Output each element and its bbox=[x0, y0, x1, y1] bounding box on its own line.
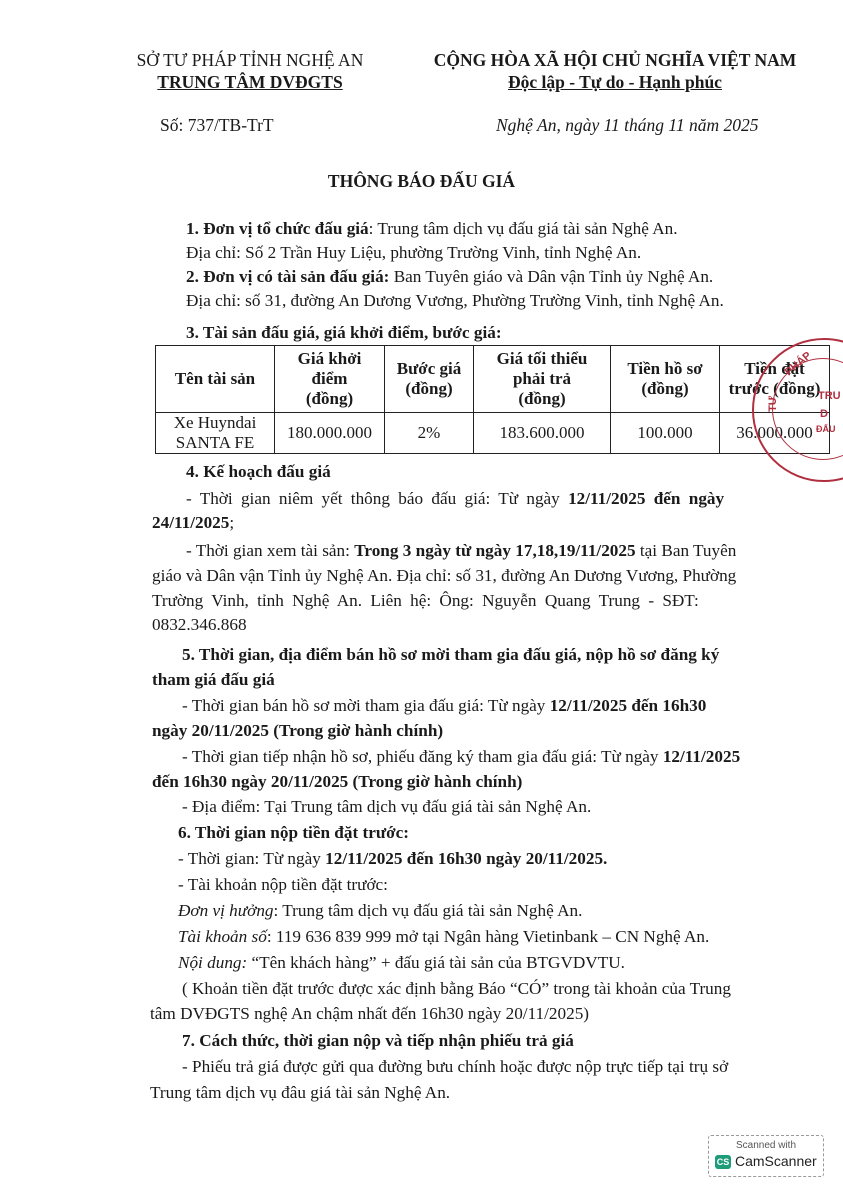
section-7-label: 7. Cách thức, thời gian nộp và tiếp nhận… bbox=[182, 1030, 574, 1051]
section-1-address: Địa chỉ: Số 2 Trần Huy Liệu, phường Trườ… bbox=[186, 242, 641, 263]
section-4-viewing: - Thời gian xem tài sản: Trong 3 ngày từ… bbox=[186, 540, 736, 561]
watermark-caption: Scanned with bbox=[709, 1140, 823, 1151]
watermark-brand: CamScanner bbox=[735, 1153, 817, 1169]
stamp-text-right1: TRU bbox=[818, 390, 841, 402]
section-1-value: : Trung tâm dịch vụ đấu giá tài sản Nghệ… bbox=[369, 219, 678, 238]
stamp-text-right2: D bbox=[820, 408, 828, 420]
section-6-label: 6. Thời gian nộp tiền đặt trước: bbox=[178, 822, 409, 843]
section-4-posting: - Thời gian niêm yết thông báo đấu giá: … bbox=[186, 488, 724, 509]
doc-number: Số: 737/TB-TrT bbox=[160, 115, 274, 136]
col-minimum-price: Giá tối thiểuphải trả(đồng) bbox=[474, 346, 611, 413]
stamp-text-left: TƯ bbox=[767, 396, 779, 412]
section-6-content: Nội dung: “Tên khách hàng” + đấu giá tài… bbox=[178, 952, 625, 973]
col-bid-step: Bước giá(đồng) bbox=[385, 346, 474, 413]
camscanner-logo-icon: CS bbox=[715, 1155, 731, 1169]
section-1-label: 1. Đơn vị tổ chức đấu giá bbox=[186, 219, 369, 238]
section-5-label: 5. Thời gian, địa điểm bán hồ sơ mời tha… bbox=[182, 644, 719, 665]
asset-table: Tên tài sản Giá khởiđiểm(đồng) Bước giá(… bbox=[155, 345, 830, 454]
section-5-receive-line2: đến 16h30 ngày 20/11/2025 (Trong giờ hàn… bbox=[152, 771, 522, 792]
section-5-label-line2: tham giá đấu giá bbox=[152, 669, 275, 690]
stamp-text-right3: ĐẤU bbox=[816, 424, 836, 434]
section-2-label: 2. Đơn vị có tài sản đấu giá: bbox=[186, 267, 389, 286]
col-starting-price: Giá khởiđiểm(đồng) bbox=[275, 346, 385, 413]
section-4-phone: 0832.346.868 bbox=[152, 614, 247, 635]
col-asset-name: Tên tài sản bbox=[156, 346, 275, 413]
table-header-row: Tên tài sản Giá khởiđiểm(đồng) Bước giá(… bbox=[156, 346, 830, 413]
section-5-location: - Địa điểm: Tại Trung tâm dịch vụ đấu gi… bbox=[182, 796, 591, 817]
col-dossier-fee: Tiền hồ sơ(đồng) bbox=[611, 346, 720, 413]
section-3-label: 3. Tài sản đấu giá, giá khởi điểm, bước … bbox=[186, 322, 502, 343]
cell-bid-step: 2% bbox=[385, 413, 474, 454]
camscanner-watermark: Scanned with CS CamScanner bbox=[708, 1135, 824, 1177]
country-name: CỘNG HÒA XÃ HỘI CHỦ NGHĨA VIỆT NAM bbox=[395, 50, 835, 71]
section-6-beneficiary: Đơn vị hưởng: Trung tâm dịch vụ đấu giá … bbox=[178, 900, 582, 921]
cell-deposit: 36.000.000 bbox=[720, 413, 830, 454]
section-6-account-number: Tài khoản số: 119 636 839 999 mở tại Ngâ… bbox=[178, 926, 709, 947]
section-2-address: Địa chỉ: số 31, đường An Dương Vương, Ph… bbox=[186, 290, 724, 311]
section-5-receive: - Thời gian tiếp nhận hồ sơ, phiếu đăng … bbox=[182, 746, 740, 767]
org-name: TRUNG TÂM DVĐGTS bbox=[120, 72, 380, 93]
org-name-text: TRUNG TÂM DVĐGTS bbox=[157, 72, 342, 92]
section-4-label: 4. Kế hoạch đấu giá bbox=[186, 461, 331, 482]
org-parent: SỞ TƯ PHÁP TỈNH NGHỆ AN bbox=[120, 50, 380, 71]
motto-text: Độc lập - Tự do - Hạnh phúc bbox=[508, 72, 722, 92]
section-6-time: - Thời gian: Từ ngày 12/11/2025 đến 16h3… bbox=[178, 848, 607, 869]
section-4-posting-end: 24/11/2025; bbox=[152, 512, 234, 533]
cell-minimum-price: 183.600.000 bbox=[474, 413, 611, 454]
section-2: 2. Đơn vị có tài sản đấu giá: Ban Tuyên … bbox=[186, 266, 713, 287]
section-7-line1: - Phiếu trả giá được gửi qua đường bưu c… bbox=[182, 1056, 728, 1077]
section-4-viewing-line3: Trường Vinh, tỉnh Nghệ An. Liên hệ: Ông:… bbox=[152, 590, 699, 611]
cell-dossier-fee: 100.000 bbox=[611, 413, 720, 454]
page-title: THÔNG BÁO ĐẤU GIÁ bbox=[0, 171, 843, 192]
section-4-viewing-line2: giáo và Dân vận Tỉnh ủy Nghệ An. Địa chỉ… bbox=[152, 565, 736, 586]
section-6-account-label: - Tài khoản nộp tiền đặt trước: bbox=[178, 874, 388, 895]
motto: Độc lập - Tự do - Hạnh phúc bbox=[395, 72, 835, 93]
cell-starting-price: 180.000.000 bbox=[275, 413, 385, 454]
table-row: Xe HuyndaiSANTA FE 180.000.000 2% 183.60… bbox=[156, 413, 830, 454]
section-1: 1. Đơn vị tổ chức đấu giá: Trung tâm dịc… bbox=[186, 218, 678, 239]
section-7-line2: Trung tâm dịch vụ đâu giá tài sản Nghệ A… bbox=[150, 1082, 450, 1103]
section-5-sale-line2: ngày 20/11/2025 (Trong giờ hành chính) bbox=[152, 720, 443, 741]
section-5-sale: - Thời gian bán hồ sơ mời tham gia đấu g… bbox=[182, 695, 706, 716]
section-6-note: ( Khoản tiền đặt trước được xác định bằn… bbox=[182, 978, 731, 999]
cell-asset-name: Xe HuyndaiSANTA FE bbox=[156, 413, 275, 454]
section-2-value: Ban Tuyên giáo và Dân vận Tỉnh ủy Nghệ A… bbox=[389, 267, 713, 286]
section-6-note-line2: tâm DVĐGTS nghệ An chậm nhất đến 16h30 n… bbox=[150, 1003, 589, 1024]
place-date: Nghệ An, ngày 11 tháng 11 năm 2025 bbox=[496, 115, 758, 136]
